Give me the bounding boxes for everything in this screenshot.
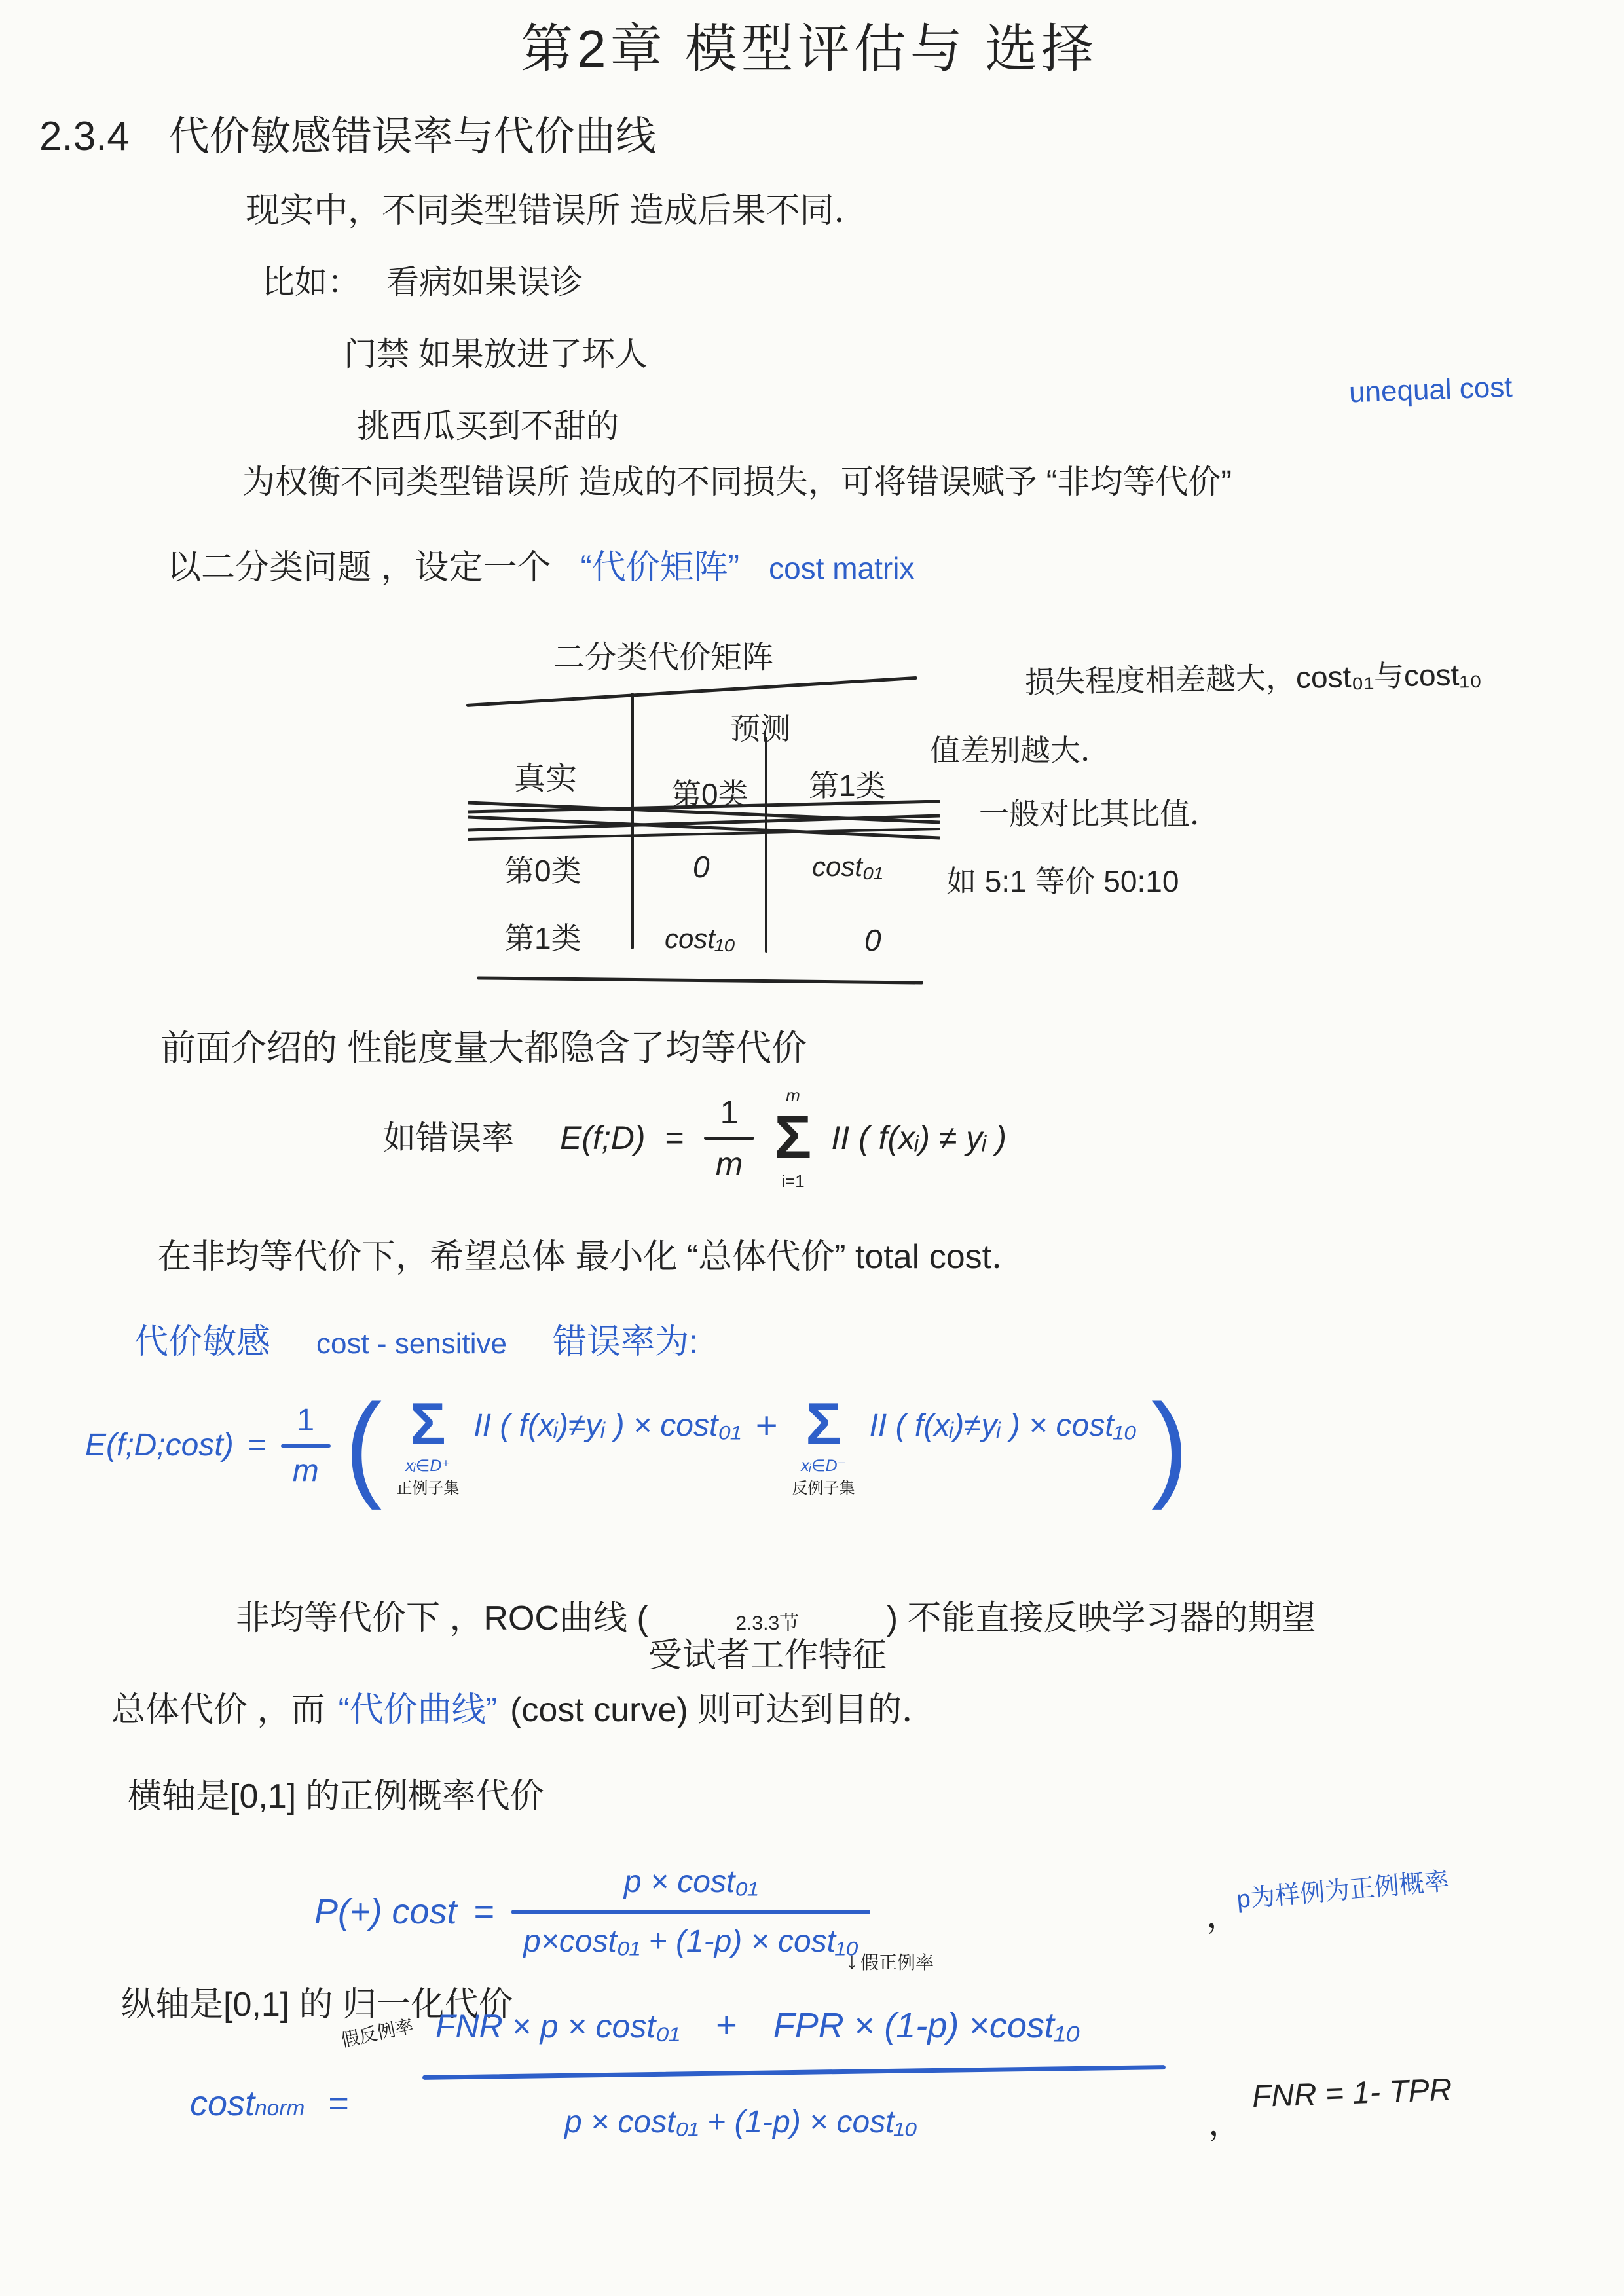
table-row1-pred0: cost₁₀: [665, 922, 735, 957]
binary-problem-line: 以二分类问题 ，设定一个 “代价矩阵” cost matrix: [167, 547, 914, 589]
cost-curve-term: “代价曲线”: [338, 1689, 497, 1732]
negative-subset-annotation: 反例子集: [792, 1481, 855, 1497]
uniform-cost-para: 前面介绍的 性能度量大都隐含了均等代价: [160, 1027, 807, 1071]
costnorm-lhs: cost norm =: [190, 2082, 349, 2126]
error-rate-label: 如错误率: [383, 1118, 514, 1159]
cs-equals: =: [248, 1426, 267, 1465]
pcost-note: p为样例为正例概率: [1236, 1867, 1450, 1916]
costnorm-plus: +: [716, 2002, 737, 2048]
weigh-line: 为权衡不同类型错误所 造成的不同损失，可将错误赋予 “非均等代价”: [242, 462, 1232, 503]
pcost-fraction: p × cost₀₁ p×cost₀₁ + (1-p) × cost₁₀: [511, 1863, 870, 1961]
costnorm-equals: =: [328, 2082, 349, 2126]
roc-line2-a: 总体代价 ，而: [111, 1689, 325, 1732]
down-arrow-icon: ↓: [846, 1946, 858, 1975]
roc-term-stack: 2.3.3节 受试者工作特征: [648, 1614, 887, 1677]
cost-matrix-title: 二分类代价矩阵: [553, 638, 773, 678]
example-door: 门禁 如果放进了坏人: [344, 334, 648, 375]
pcost-equals: =: [474, 1890, 495, 1935]
xaxis-line: 横轴是[0,1] 的正例概率代价: [128, 1776, 544, 1818]
cs-one-over-m: 1 m: [281, 1401, 331, 1491]
side-note-line2: 值差别越大．: [930, 732, 1111, 770]
roc-line2-b: (cost curve) 则可达到目的．: [510, 1689, 936, 1732]
table-col-class0: 第0类: [671, 776, 748, 814]
section-number: 2.3.4: [39, 111, 130, 162]
costnorm-num-right: FPR × (1-p) ×cost₁₀: [773, 2004, 1080, 2049]
cs-sum-negative: Σ xᵢ∈D⁻ 反例子集: [792, 1394, 855, 1497]
indicator-body: II ( f(xᵢ) ≠ yᵢ ): [831, 1118, 1006, 1159]
example-watermelon: 挑西瓜买到不甜的: [357, 406, 619, 447]
fnr-tpr-note: FNR = 1- TPR: [1251, 2071, 1452, 2117]
roc-line1-b: 受试者工作特征: [648, 1635, 887, 1677]
unequal-cost-note: unequal cost: [1348, 369, 1513, 411]
cost-matrix-en: cost matrix: [769, 550, 914, 588]
binary-prefix: 以二分类问题 ，设定一个: [167, 547, 551, 589]
total-cost-line: 在非均等代价下，希望总体 最小化 “总体代价” total cost．: [157, 1236, 1025, 1279]
costnorm-fraction-bar: [422, 2065, 1166, 2080]
cs-plus: +: [756, 1402, 778, 1450]
reality-line: 现实中，不同类型错误所 造成后果不同．: [246, 190, 868, 232]
side-note-line4: 如 5:1 等价 50:10: [946, 863, 1179, 901]
costnorm-lhs-sub: norm: [255, 2095, 304, 2123]
cost-sensitive-suffix: 错误率为:: [553, 1321, 698, 1364]
cost-sensitive-label-line: 代价敏感 cost - sensitive 错误率为:: [134, 1321, 698, 1364]
table-row1-label: 第1类: [504, 920, 581, 958]
summation-symbol: m Σ i=1: [774, 1087, 811, 1190]
costnorm-comma: ，: [1208, 2103, 1242, 2145]
cost-sensitive-en: cost - sensitive: [316, 1326, 507, 1362]
error-rate-lhs: E(f;D): [560, 1118, 646, 1159]
roc-line-2: 总体代价 ，而 “代价曲线” (cost curve) 则可达到目的．: [111, 1689, 936, 1732]
costnorm-numerator: FNR × p × cost₀₁ + FPR × (1-p) ×cost₁₀: [435, 2002, 1080, 2049]
cost-sensitive-formula: E(f;D;cost) = 1 m ( Σ xᵢ∈D⁺ 正例子集 II ( f(…: [85, 1394, 1189, 1497]
table-row0-pred0: 0: [693, 848, 710, 886]
table-col-class1: 第1类: [809, 767, 886, 805]
costnorm-denominator: p × cost₀₁ + (1-p) × cost₁₀: [564, 2103, 917, 2142]
fpr-annotation: ↓ 假正例率: [846, 1946, 934, 1975]
table-predicted-header: 预测: [730, 710, 790, 748]
section-heading: 2.3.4 代价敏感错误率与代价曲线: [39, 111, 656, 162]
table-row0-pred1: cost₀₁: [812, 850, 883, 884]
cs-lhs: E(f;D;cost): [85, 1426, 234, 1465]
chapter-title: 第2章 模型评估与 选择: [521, 16, 1098, 82]
costnorm-lhs-base: cost: [190, 2082, 255, 2126]
roc-line-1: 非均等代价下 ，ROC曲线 ( 2.3.3节 受试者工作特征 ) 不能直接反映学…: [236, 1597, 1316, 1677]
example-line-1: 比如： 看病如果误诊: [262, 262, 583, 303]
roc-line1-a: 非均等代价下 ，ROC曲线 (: [236, 1597, 648, 1640]
roc-line1-c: ) 不能直接反映学习器的期望: [887, 1597, 1316, 1640]
cost-sensitive-cn: 代价敏感: [134, 1321, 270, 1364]
table-bottom-line: [477, 976, 923, 984]
equals-sign: =: [665, 1118, 684, 1159]
cs-body1: II ( f(xᵢ)≠yᵢ ) × cost₀₁: [473, 1406, 741, 1446]
open-paren: (: [345, 1393, 382, 1499]
example-misdiagnosis: 看病如果误诊: [386, 262, 583, 303]
table-truth-header: 真实: [514, 759, 577, 799]
pcost-formula: P(+) cost = p × cost₀₁ p×cost₀₁ + (1-p) …: [314, 1863, 870, 1961]
table-row1-pred1: 0: [864, 922, 881, 960]
positive-subset-annotation: 正例子集: [396, 1481, 459, 1497]
cost-matrix-term: “代价矩阵”: [580, 547, 739, 589]
pcost-comma: ，: [1206, 1895, 1240, 1938]
table-top-line: [466, 676, 917, 707]
section-title: 代价敏感错误率与代价曲线: [169, 111, 656, 162]
close-paren: ): [1151, 1393, 1189, 1499]
costnorm-num-left: FNR × p × cost₀₁: [435, 2006, 680, 2047]
examples-label: 比如：: [262, 262, 360, 303]
pcost-lhs: P(+) cost: [314, 1890, 457, 1935]
table-row0-label: 第0类: [504, 852, 581, 890]
cs-body2: II ( f(xᵢ)≠yᵢ ) × cost₁₀: [870, 1406, 1137, 1446]
one-over-m-fraction: 1 m: [704, 1092, 755, 1185]
cs-sum-positive: Σ xᵢ∈D⁺ 正例子集: [396, 1394, 459, 1497]
side-note-line3: 一般对比其比值．: [979, 795, 1220, 833]
notebook-page: 第2章 模型评估与 选择 2.3.4 代价敏感错误率与代价曲线 现实中，不同类型…: [0, 0, 1624, 2296]
section-ref-note: 2.3.3节: [735, 1614, 799, 1633]
error-rate-formula: 如错误率 E(f;D) = 1 m m Σ i=1 II ( f(xᵢ) ≠ y…: [383, 1087, 1006, 1190]
side-note-line1: 损失程度相差越大，cost₀₁与cost₁₀: [1025, 656, 1483, 702]
